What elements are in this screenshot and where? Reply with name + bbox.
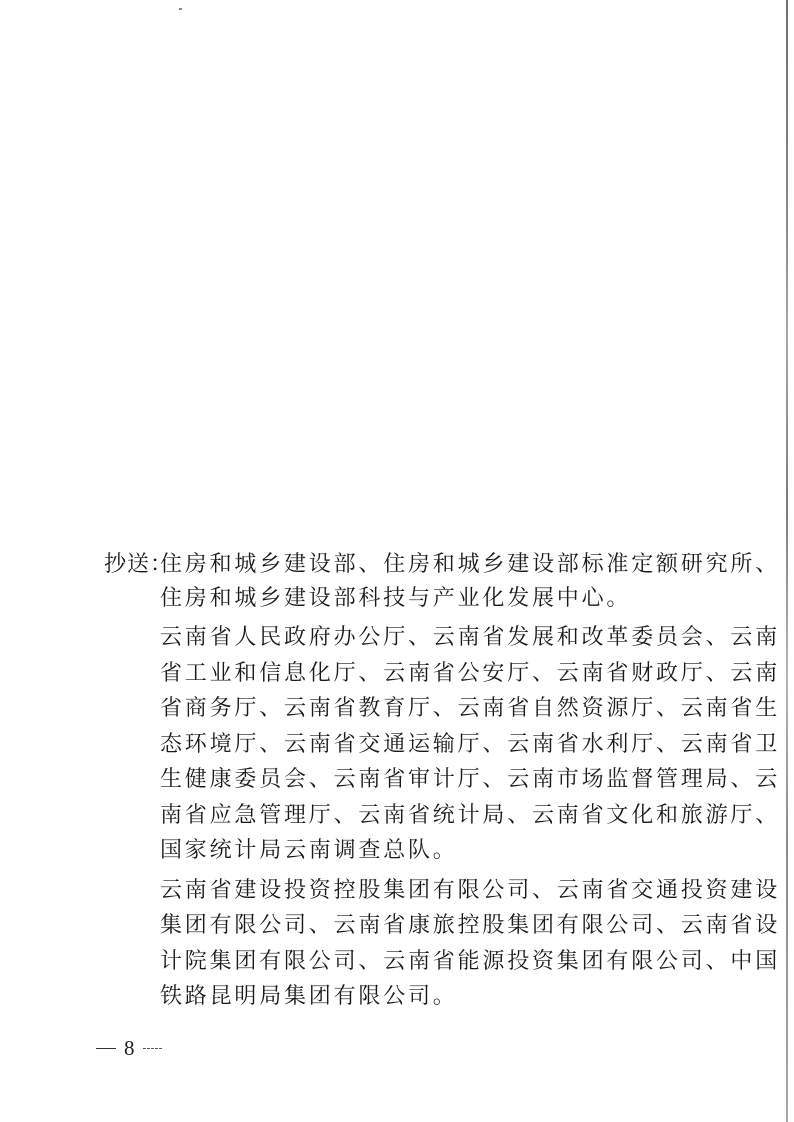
cc-recipient-line: 态环境厅、云南省交通运输厅、云南省水利厅、云南省卫 (160, 727, 684, 763)
cc-recipient-line: 住房和城乡建设部、住房和城乡建设部标准定额研究所、 (160, 548, 780, 582)
cc-recipient-line: 云南省人民政府办公厅、云南省发展和改革委员会、云南 (160, 620, 684, 656)
page-number: 8 (124, 1036, 135, 1061)
dash-right (143, 1048, 163, 1050)
scan-artifact-dot (179, 8, 182, 10)
cc-recipient-line: 省工业和信息化厅、云南省公安厅、云南省财政厅、云南 (160, 656, 684, 692)
cc-recipient-line: 生健康委员会、云南省审计厅、云南市场监督管理局、云 (160, 762, 684, 798)
cc-recipient-line: 南省应急管理厅、云南省统计局、云南省文化和旅游厅、 (160, 798, 684, 834)
cc-recipient-line: 计院集团有限公司、云南省能源投资集团有限公司、中国 (160, 944, 684, 980)
cc-first-line: 抄送： 住房和城乡建设部、住房和城乡建设部标准定额研究所、 (104, 548, 684, 582)
cc-recipient-line: 集团有限公司、云南省康旅控股集团有限公司、云南省设 (160, 908, 684, 944)
cc-recipient-line: 国家统计局云南调查总队。 (160, 833, 684, 869)
cc-recipient-line: 省商务厅、云南省教育厅、云南省自然资源厅、云南省生 (160, 691, 684, 727)
dash-left (96, 1048, 116, 1050)
cc-group-provincial-departments: 云南省人民政府办公厅、云南省发展和改革委员会、云南 省工业和信息化厅、云南省公安… (104, 620, 684, 869)
cc-recipient-line: 住房和城乡建设部科技与产业化发展中心。 (104, 582, 684, 616)
cc-recipient-line: 铁路昆明局集团有限公司。 (160, 979, 684, 1015)
document-page: 抄送： 住房和城乡建设部、住房和城乡建设部标准定额研究所、 住房和城乡建设部科技… (0, 0, 794, 1122)
scan-edge-line (786, 0, 788, 1122)
cc-label: 抄送： (104, 548, 160, 582)
page-number-footer: 8 (96, 1036, 163, 1061)
cc-recipient-line: 云南省建设投资控股集团有限公司、云南省交通投资建设 (160, 873, 684, 909)
cc-distribution-block: 抄送： 住房和城乡建设部、住房和城乡建设部标准定额研究所、 住房和城乡建设部科技… (104, 548, 684, 1015)
cc-group-state-enterprises: 云南省建设投资控股集团有限公司、云南省交通投资建设 集团有限公司、云南省康旅控股… (104, 873, 684, 1015)
